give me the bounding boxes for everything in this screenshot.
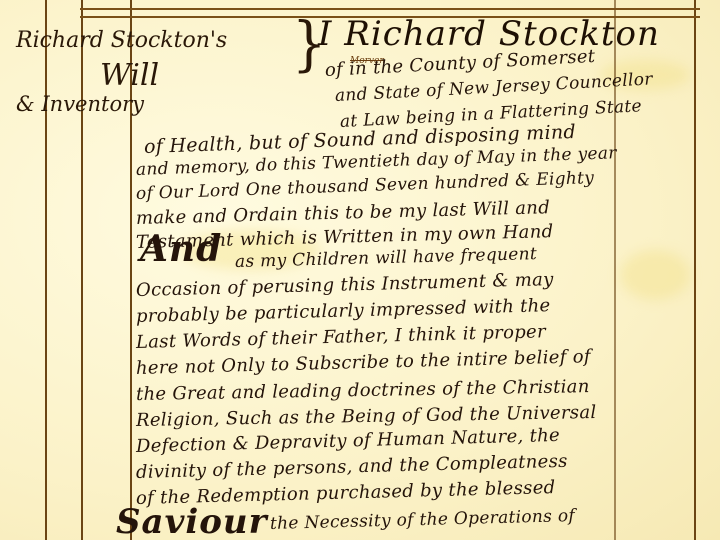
will-heading: I Richard Stockton	[318, 14, 660, 54]
paper-stain	[620, 250, 690, 300]
margin-note-title: Richard Stockton's	[16, 28, 227, 53]
manuscript-page: Richard Stockton's Will & Inventory } I …	[0, 0, 720, 540]
emphasized-and: And	[140, 228, 222, 270]
margin-note-will: Will	[100, 58, 159, 93]
emphasized-saviour: Saviour	[116, 502, 268, 540]
header-rule-top	[80, 8, 700, 10]
text-line-19: the Necessity of the Operations of	[270, 506, 576, 534]
margin-note-inventory: & Inventory	[16, 92, 144, 116]
text-line-14: the Great and leading doctrines of the C…	[136, 376, 590, 405]
margin-rule-2	[81, 0, 83, 540]
margin-rule-right	[694, 0, 696, 540]
margin-rule-1	[45, 0, 47, 540]
